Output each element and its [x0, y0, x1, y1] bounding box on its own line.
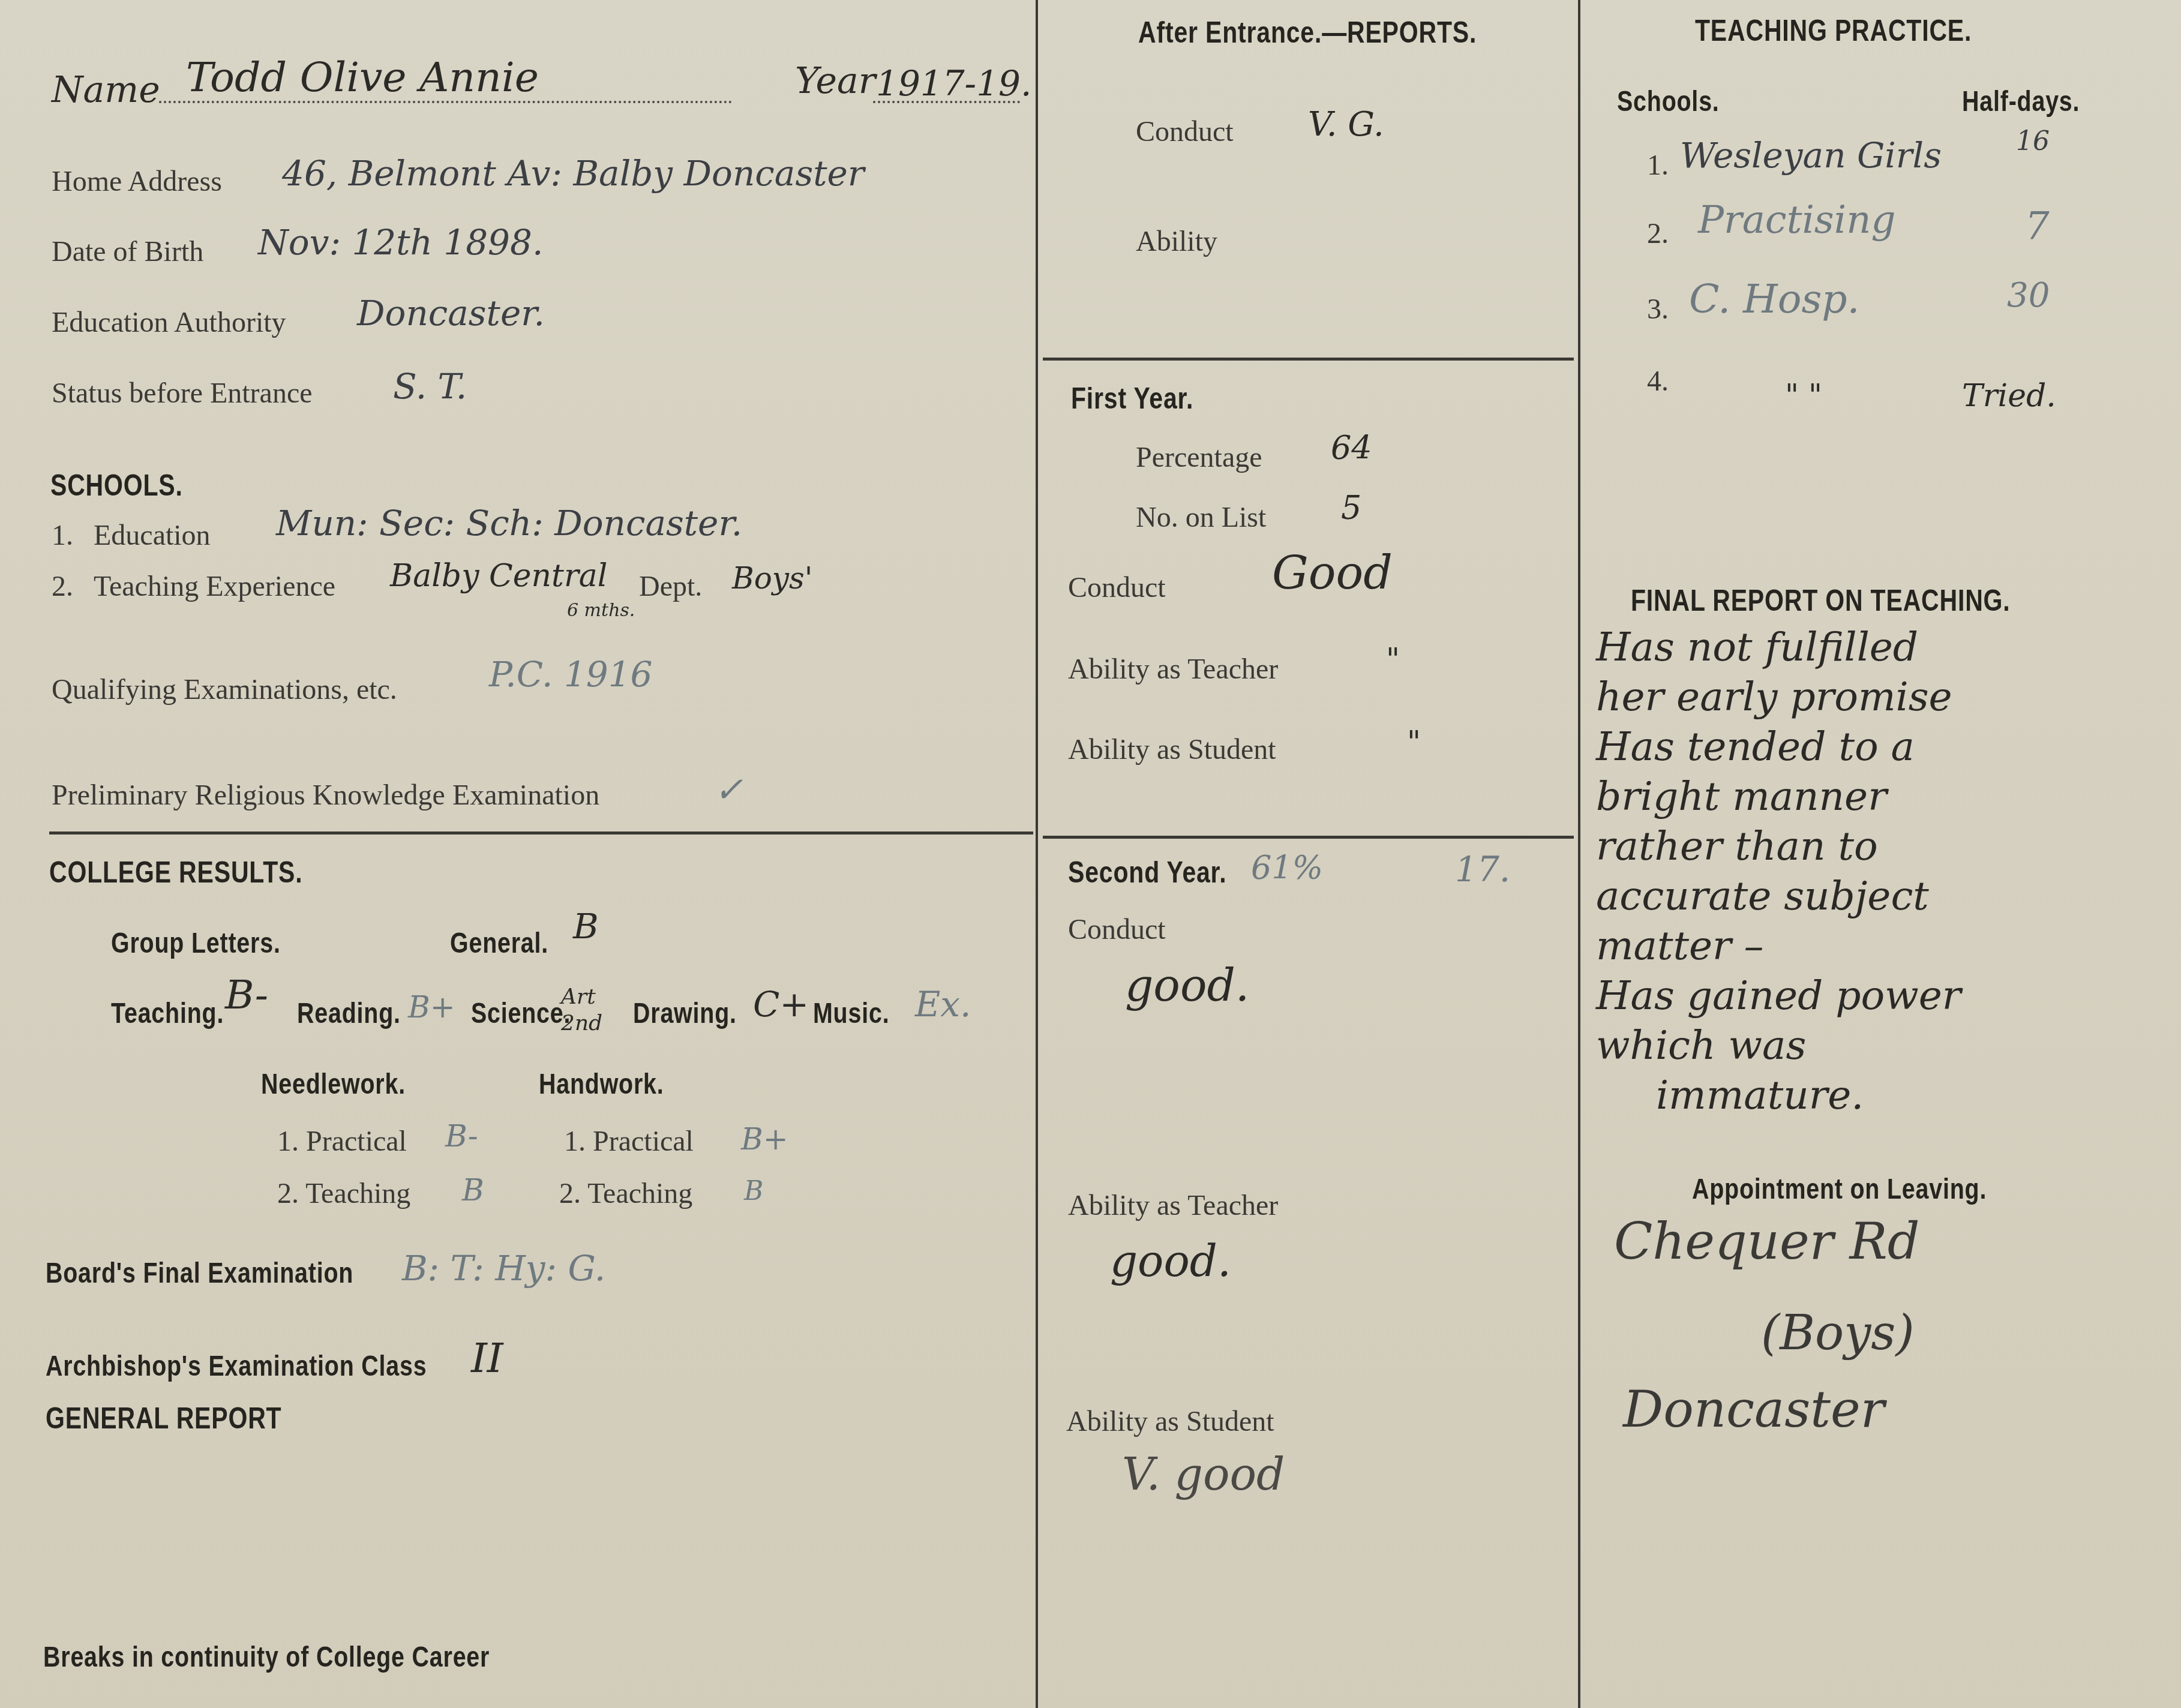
- first-year-heading: First Year.: [1071, 381, 1193, 416]
- teaching-value: B-: [225, 972, 268, 1018]
- fy-ability-teacher-label: Ability as Teacher: [1068, 653, 1278, 686]
- sy-conduct-label: Conduct: [1068, 913, 1166, 946]
- archbishop-value: II: [471, 1335, 503, 1382]
- practice-row-school: C. Hosp.: [1689, 276, 1860, 322]
- fy-percentage-label: Percentage: [1136, 441, 1262, 474]
- final-report-line: accurate subject: [1596, 873, 2172, 923]
- sy-percentage-value: 61%: [1251, 849, 1323, 887]
- appointment-line: (Boys): [1761, 1305, 1915, 1361]
- teaching-exp-duration: 6 mths.: [567, 600, 635, 621]
- drawing-label: Drawing.: [633, 997, 737, 1030]
- final-report-line: Has not fulfilled: [1596, 624, 2172, 674]
- final-report-line: immature.: [1596, 1072, 2172, 1122]
- boards-final-label: Board's Final Examination: [46, 1257, 353, 1290]
- education-label: Education: [94, 519, 211, 552]
- teaching-practice-heading: TEACHING PRACTICE.: [1695, 13, 1972, 48]
- schools-heading: SCHOOLS.: [50, 468, 183, 503]
- handwork-teaching-value: B: [744, 1176, 763, 1206]
- practice-row-school: " ": [1785, 378, 1822, 413]
- student-record-card: Name Todd Olive Annie Year 1917-19. Home…: [0, 0, 2181, 1708]
- practice-row-num: 2.: [1647, 217, 1669, 250]
- practice-row-num: 1.: [1647, 149, 1669, 182]
- education-num: 1.: [52, 519, 73, 552]
- sy-position-value: 17.: [1455, 849, 1510, 890]
- final-report-text: Has not fulfilled her early promise Has …: [1596, 624, 2172, 1122]
- sy-ability-student-label: Ability as Student: [1066, 1405, 1274, 1438]
- ae-conduct-label: Conduct: [1136, 115, 1234, 148]
- teaching-exp-value: Balby Central: [390, 558, 607, 594]
- needlework-teaching-value: B: [462, 1173, 484, 1208]
- teaching-exp-num: 2.: [52, 570, 73, 603]
- sy-conduct-value: good.: [1125, 960, 1249, 1011]
- boards-final-value: B: T: Hy: G.: [402, 1248, 605, 1289]
- final-report-line: her early promise: [1596, 674, 2172, 724]
- general-value: B: [573, 906, 599, 947]
- final-report-line: which was: [1596, 1022, 2172, 1072]
- fy-conduct-label: Conduct: [1068, 571, 1166, 604]
- fy-no-on-list-label: No. on List: [1136, 501, 1266, 534]
- practice-row-halfdays: 16: [2016, 126, 2050, 157]
- dob-label: Date of Birth: [52, 235, 203, 268]
- fy-ability-teacher-value: ": [1386, 642, 1400, 677]
- reading-label: Reading.: [297, 997, 401, 1030]
- divider-second-year: [1043, 836, 1574, 839]
- prk-label: Preliminary Religious Knowledge Examinat…: [52, 779, 599, 812]
- dob-value: Nov: 12th 1898.: [258, 222, 543, 263]
- sy-ability-teacher-value: good.: [1110, 1236, 1231, 1286]
- needlework-practical-label: 1. Practical: [277, 1125, 407, 1158]
- column-divider-left: [1036, 0, 1038, 1708]
- reading-value: B+: [408, 990, 455, 1025]
- needlework-practical-value: B-: [445, 1119, 478, 1154]
- music-value: Ex.: [915, 984, 971, 1025]
- home-address-value: 46, Belmont Av: Balby Doncaster: [282, 153, 865, 194]
- halfdays-column-label: Half-days.: [1962, 85, 2080, 118]
- dept-value: Boys': [732, 561, 813, 596]
- music-label: Music.: [813, 997, 889, 1030]
- education-authority-label: Education Authority: [52, 306, 286, 339]
- practice-row-halfdays: 30: [2007, 276, 2050, 315]
- second-year-heading: Second Year.: [1068, 855, 1226, 890]
- final-report-line: Has gained power: [1596, 972, 2172, 1022]
- general-report-label: GENERAL REPORT: [46, 1401, 281, 1436]
- fy-ability-student-value: ": [1407, 725, 1421, 760]
- practice-row-halfdays: Tried.: [1962, 378, 2056, 414]
- general-label: General.: [450, 927, 548, 960]
- ae-conduct-value: V. G.: [1308, 105, 1384, 144]
- final-report-line: Has tended to a: [1596, 724, 2172, 773]
- schools-column-label: Schools.: [1617, 85, 1720, 118]
- name-value: Todd Olive Annie: [186, 54, 539, 101]
- qualifying-label: Qualifying Examinations, etc.: [52, 673, 397, 706]
- fy-conduct-value: Good: [1272, 546, 1393, 599]
- qualifying-value: P.C. 1916: [489, 654, 653, 695]
- final-report-heading: FINAL REPORT ON TEACHING.: [1631, 583, 2010, 618]
- column-divider-right: [1578, 0, 1580, 1708]
- status-value: S. T.: [393, 366, 467, 407]
- needlework-label: Needlework.: [261, 1068, 406, 1101]
- teaching-exp-label: Teaching Experience: [94, 570, 335, 603]
- appointment-heading: Appointment on Leaving.: [1692, 1173, 1987, 1206]
- practice-row-school: Wesleyan Girls: [1680, 135, 1942, 176]
- teaching-label: Teaching.: [111, 997, 224, 1030]
- year-label: Year: [795, 60, 875, 102]
- divider-first-year: [1043, 358, 1574, 361]
- education-authority-value: Doncaster.: [357, 293, 545, 334]
- sy-ability-student-value: V. good: [1122, 1449, 1285, 1500]
- practice-row-num: 3.: [1647, 293, 1669, 326]
- handwork-teaching-label: 2. Teaching: [559, 1177, 692, 1210]
- education-value: Mun: Sec: Sch: Doncaster.: [276, 503, 742, 544]
- divider-college-results: [49, 832, 1033, 835]
- college-results-heading: COLLEGE RESULTS.: [49, 855, 302, 890]
- prk-checkmark: ✓: [714, 769, 743, 810]
- handwork-practical-label: 1. Practical: [564, 1125, 694, 1158]
- needlework-teaching-label: 2. Teaching: [277, 1177, 410, 1210]
- year-value: 1917-19.: [876, 63, 1031, 104]
- science-value: Art 2nd: [561, 984, 615, 1037]
- practice-row-num: 4.: [1647, 365, 1669, 398]
- practice-row-halfdays: 7: [2025, 204, 2050, 248]
- name-label: Name: [52, 69, 160, 111]
- drawing-value: C+: [753, 984, 809, 1025]
- appointment-line: Chequer Rd: [1614, 1212, 1920, 1271]
- final-report-line: bright manner: [1596, 773, 2172, 823]
- status-label: Status before Entrance: [52, 377, 312, 410]
- final-report-line: rather than to: [1596, 823, 2172, 873]
- handwork-practical-value: B+: [741, 1122, 788, 1157]
- science-label: Science.: [471, 997, 571, 1030]
- sy-ability-teacher-label: Ability as Teacher: [1068, 1189, 1278, 1222]
- home-address-label: Home Address: [52, 165, 222, 198]
- fy-ability-student-label: Ability as Student: [1068, 733, 1276, 766]
- group-letters-label: Group Letters.: [111, 927, 281, 960]
- archbishop-label: Archbishop's Examination Class: [46, 1350, 427, 1383]
- practice-row-school: Practising: [1698, 198, 1895, 242]
- breaks-label: Breaks in continuity of College Career: [43, 1641, 490, 1674]
- fy-no-on-list-value: 5: [1341, 489, 1361, 527]
- ae-ability-label: Ability: [1136, 225, 1217, 258]
- after-entrance-heading: After Entrance.—REPORTS.: [1138, 15, 1477, 50]
- fy-percentage-value: 64: [1331, 429, 1372, 467]
- handwork-label: Handwork.: [539, 1068, 664, 1101]
- dept-label: Dept.: [639, 570, 702, 603]
- appointment-line: Doncaster: [1623, 1380, 1885, 1439]
- final-report-line: matter –: [1596, 923, 2172, 972]
